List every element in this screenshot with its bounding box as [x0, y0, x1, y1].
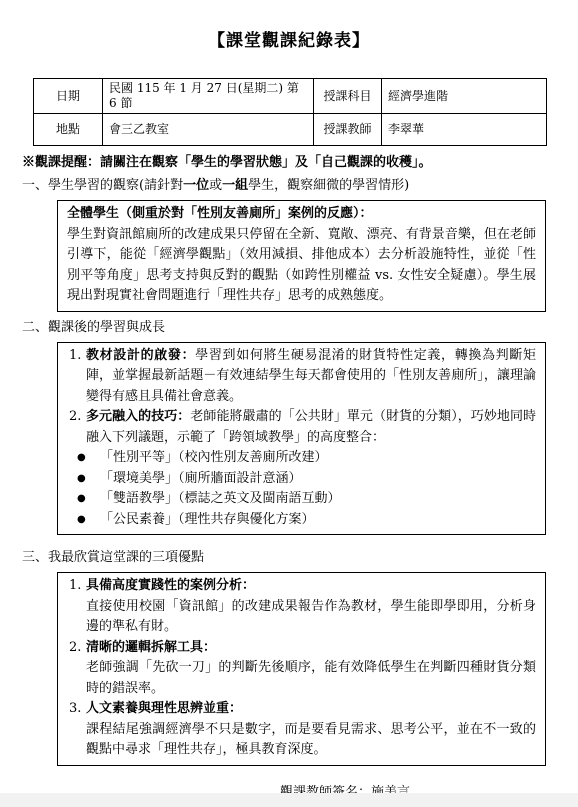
subject-label: 授課科目 — [314, 79, 382, 114]
viewer-bottom-strip — [0, 793, 578, 807]
bullet-icon: ● — [77, 510, 86, 531]
item-title: 教材設計的啟發： — [86, 348, 195, 363]
observation-reminder: ※觀課提醒：請關注在觀察「學生的學習狀態」及「自己觀課的收穫」。 — [22, 154, 556, 171]
bullet-item: ● 「性別平等」（校內性別友善廁所改建） — [67, 448, 536, 469]
item-number: 3. — [69, 699, 81, 720]
list-item: 2. 多元融入的技巧：老師能將嚴肅的「公共財」單元（財貨的分類），巧妙地同時融入… — [67, 407, 536, 448]
item-body: 老師強調「先砍一刀」的判斷先後順序，能有效降低學生在判斷四種財貨分類時的錯誤率。 — [86, 658, 536, 699]
section3-box: 1. 具備高度實踐性的案例分析： 直接使用校園「資訊館」的改建成果報告作為教材，… — [57, 572, 546, 766]
page-title: 【課堂觀課紀錄表】 — [22, 30, 556, 52]
teacher-label: 授課教師 — [314, 114, 382, 146]
item-number: 2. — [69, 407, 81, 428]
section1-heading-post: 學生，觀察細微的學習情形) — [248, 178, 409, 193]
bullet-item: ● 「環境美學」（廁所牆面設計意涵） — [67, 469, 536, 490]
section1-box-body: 學生對資訊館廁所的改建成果只停留在全新、寬敞、漂亮、有背景音樂，但在老師引導下，… — [67, 225, 536, 307]
section1-heading-bold1: 一位 — [183, 178, 209, 193]
section2-box: 1. 教材設計的啟發：學習到如何將生硬易混淆的財貨特性定義，轉換為判斷矩陣，並掌… — [57, 342, 546, 536]
bullet-item: ● 「雙語教學」（標誌之英文及閩南語互動） — [67, 489, 536, 510]
item-text: 教材設計的啟發：學習到如何將生硬易混淆的財貨特性定義，轉換為判斷矩陣，並掌握最新… — [86, 346, 536, 408]
document-page: 【課堂觀課紀錄表】 日期 民國 115 年 1 月 27 日(星期二) 第 6 … — [0, 0, 578, 804]
location-label: 地點 — [34, 114, 103, 146]
teacher-value: 李翠華 — [382, 114, 547, 146]
table-row: 地點 會三乙教室 授課教師 李翠華 — [34, 114, 547, 146]
item-number: 2. — [69, 638, 81, 659]
section1-box-title: 全體學生（側重於對「性別友善廁所」案例的反應）： — [67, 204, 536, 225]
section1-heading-pre: 一、學生學習的觀察(請針對 — [22, 178, 183, 193]
bullet-icon: ● — [77, 489, 86, 510]
list-item: 3. 人文素養與理性思辨並重： 課程結尾強調經濟學不只是數字，而是要看見需求、思… — [67, 699, 536, 761]
list-item: 1. 教材設計的啟發：學習到如何將生硬易混淆的財貨特性定義，轉換為判斷矩陣，並掌… — [67, 346, 536, 408]
bullet-text: 「雙語教學」（標誌之英文及閩南語互動） — [100, 491, 341, 506]
item-body: 直接使用校園「資訊館」的改建成果報告作為教材，學生能即學即用，分析身邊的準私有財… — [86, 597, 536, 638]
item-text: 多元融入的技巧：老師能將嚴肅的「公共財」單元（財貨的分類），巧妙地同時融入下列議… — [86, 407, 536, 448]
bullet-text: 「公民素養」（理性共存與優化方案） — [100, 512, 315, 527]
subject-value: 經濟學進階 — [382, 79, 547, 114]
section3-heading: 三、我最欣賞這堂課的三項優點 — [22, 549, 556, 567]
section1-heading-bold2: 一組 — [222, 178, 248, 193]
bullet-icon: ● — [77, 448, 86, 469]
date-label: 日期 — [34, 79, 103, 114]
list-item: 1. 具備高度實踐性的案例分析： 直接使用校園「資訊館」的改建成果報告作為教材，… — [67, 576, 536, 638]
info-table: 日期 民國 115 年 1 月 27 日(星期二) 第 6 節 授課科目 經濟學… — [33, 78, 547, 146]
date-value: 民國 115 年 1 月 27 日(星期二) 第 6 節 — [103, 79, 314, 114]
item-title: 多元融入的技巧： — [86, 409, 190, 424]
item-title: 具備高度實踐性的案例分析： — [86, 576, 536, 597]
bullet-text: 「性別平等」（校內性別友善廁所改建） — [100, 450, 328, 465]
item-title: 人文素養與理性思辨並重： — [86, 699, 536, 720]
list-item: 2. 清晰的邏輯拆解工具： 老師強調「先砍一刀」的判斷先後順序，能有效降低學生在… — [67, 638, 536, 700]
item-number: 1. — [69, 576, 81, 597]
item-title: 清晰的邏輯拆解工具： — [86, 638, 536, 659]
section1-heading: 一、學生學習的觀察(請針對一位或一組學生，觀察細微的學習情形) — [22, 177, 556, 195]
item-number: 1. — [69, 346, 81, 367]
location-value: 會三乙教室 — [103, 114, 314, 146]
bullet-item: ● 「公民素養」（理性共存與優化方案） — [67, 510, 536, 531]
item-body: 課程結尾強調經濟學不只是數字，而是要看見需求、思考公平，並在不一致的觀點中尋求「… — [86, 720, 536, 761]
bullet-icon: ● — [77, 469, 86, 490]
table-row: 日期 民國 115 年 1 月 27 日(星期二) 第 6 節 授課科目 經濟學… — [34, 79, 547, 114]
section1-heading-mid: 或 — [209, 178, 222, 193]
section1-box: 全體學生（側重於對「性別友善廁所」案例的反應）： 學生對資訊館廁所的改建成果只停… — [57, 200, 546, 312]
section2-heading: 二、觀課後的學習與成長 — [22, 319, 556, 337]
bullet-text: 「環境美學」（廁所牆面設計意涵） — [100, 471, 302, 486]
